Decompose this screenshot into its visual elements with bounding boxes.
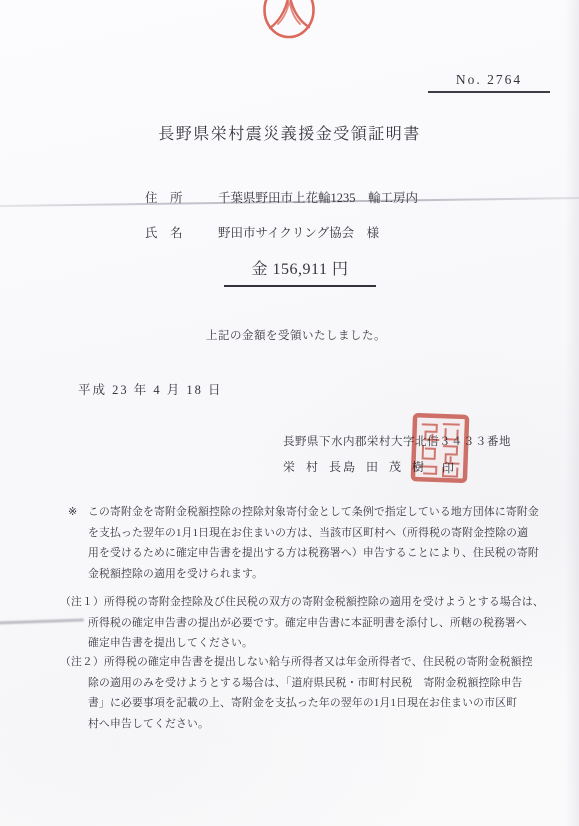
scanned-document-page: No. 2764 長野県栄村震災義援金受領証明書 住 所 千葉県野田市上花輪12… <box>0 0 579 826</box>
amount-received: 金 156,911 円 <box>224 256 376 287</box>
note-asterisk-text: この寄附金を寄附金税額控除の控除対象寄付金として条例で指定している地方団体に寄附… <box>88 506 539 580</box>
name-label: 氏 名 <box>145 223 183 241</box>
page-title: 長野県栄村震災義援金受領証明書 <box>0 121 579 144</box>
address-label: 住 所 <box>145 188 183 206</box>
name-value: 野田市サイクリング協会 様 <box>218 223 379 241</box>
note-2-marker: （注２） <box>60 656 104 668</box>
issue-date: 平成 23 年 4 月 18 日 <box>78 380 223 398</box>
note-2: （注２）所得税の確定申告書を提出しない給与所得者又は年金所得者で、住民税の寄附金… <box>0 652 577 734</box>
issuer-title: 栄 村 長 <box>283 458 345 475</box>
receipt-statement: 上記の金額を受領いたしました。 <box>206 327 386 343</box>
note-2-text: 所得税の確定申告書を提出しない給与所得者又は年金所得者で、住民税の寄附金税額控 … <box>88 656 533 730</box>
note-1-text: 所得税の寄附金控除及び住民税の双方の寄附金税額控除の適用を受けようとする場合は、… <box>88 596 544 649</box>
note-1-marker: （注１） <box>60 596 104 608</box>
address-value: 千葉県野田市上花輪1235 輪工房内 <box>218 188 418 206</box>
note-asterisk-marker: ※ <box>68 502 88 523</box>
doc-number: No. 2764 <box>428 72 550 93</box>
official-red-seal-icon <box>410 412 470 484</box>
note-1: （注１）所得税の寄附金控除及び住民税の双方の寄附金税額控除の適用を受けようとする… <box>0 592 577 654</box>
note-asterisk: ※この寄附金を寄附金税額控除の控除対象寄付金として条例で指定している地方団体に寄… <box>0 502 577 584</box>
issuer-address: 長野県下水内郡栄村大字北信３４３３番地 <box>283 433 511 449</box>
red-circular-stamp-icon <box>262 0 316 42</box>
